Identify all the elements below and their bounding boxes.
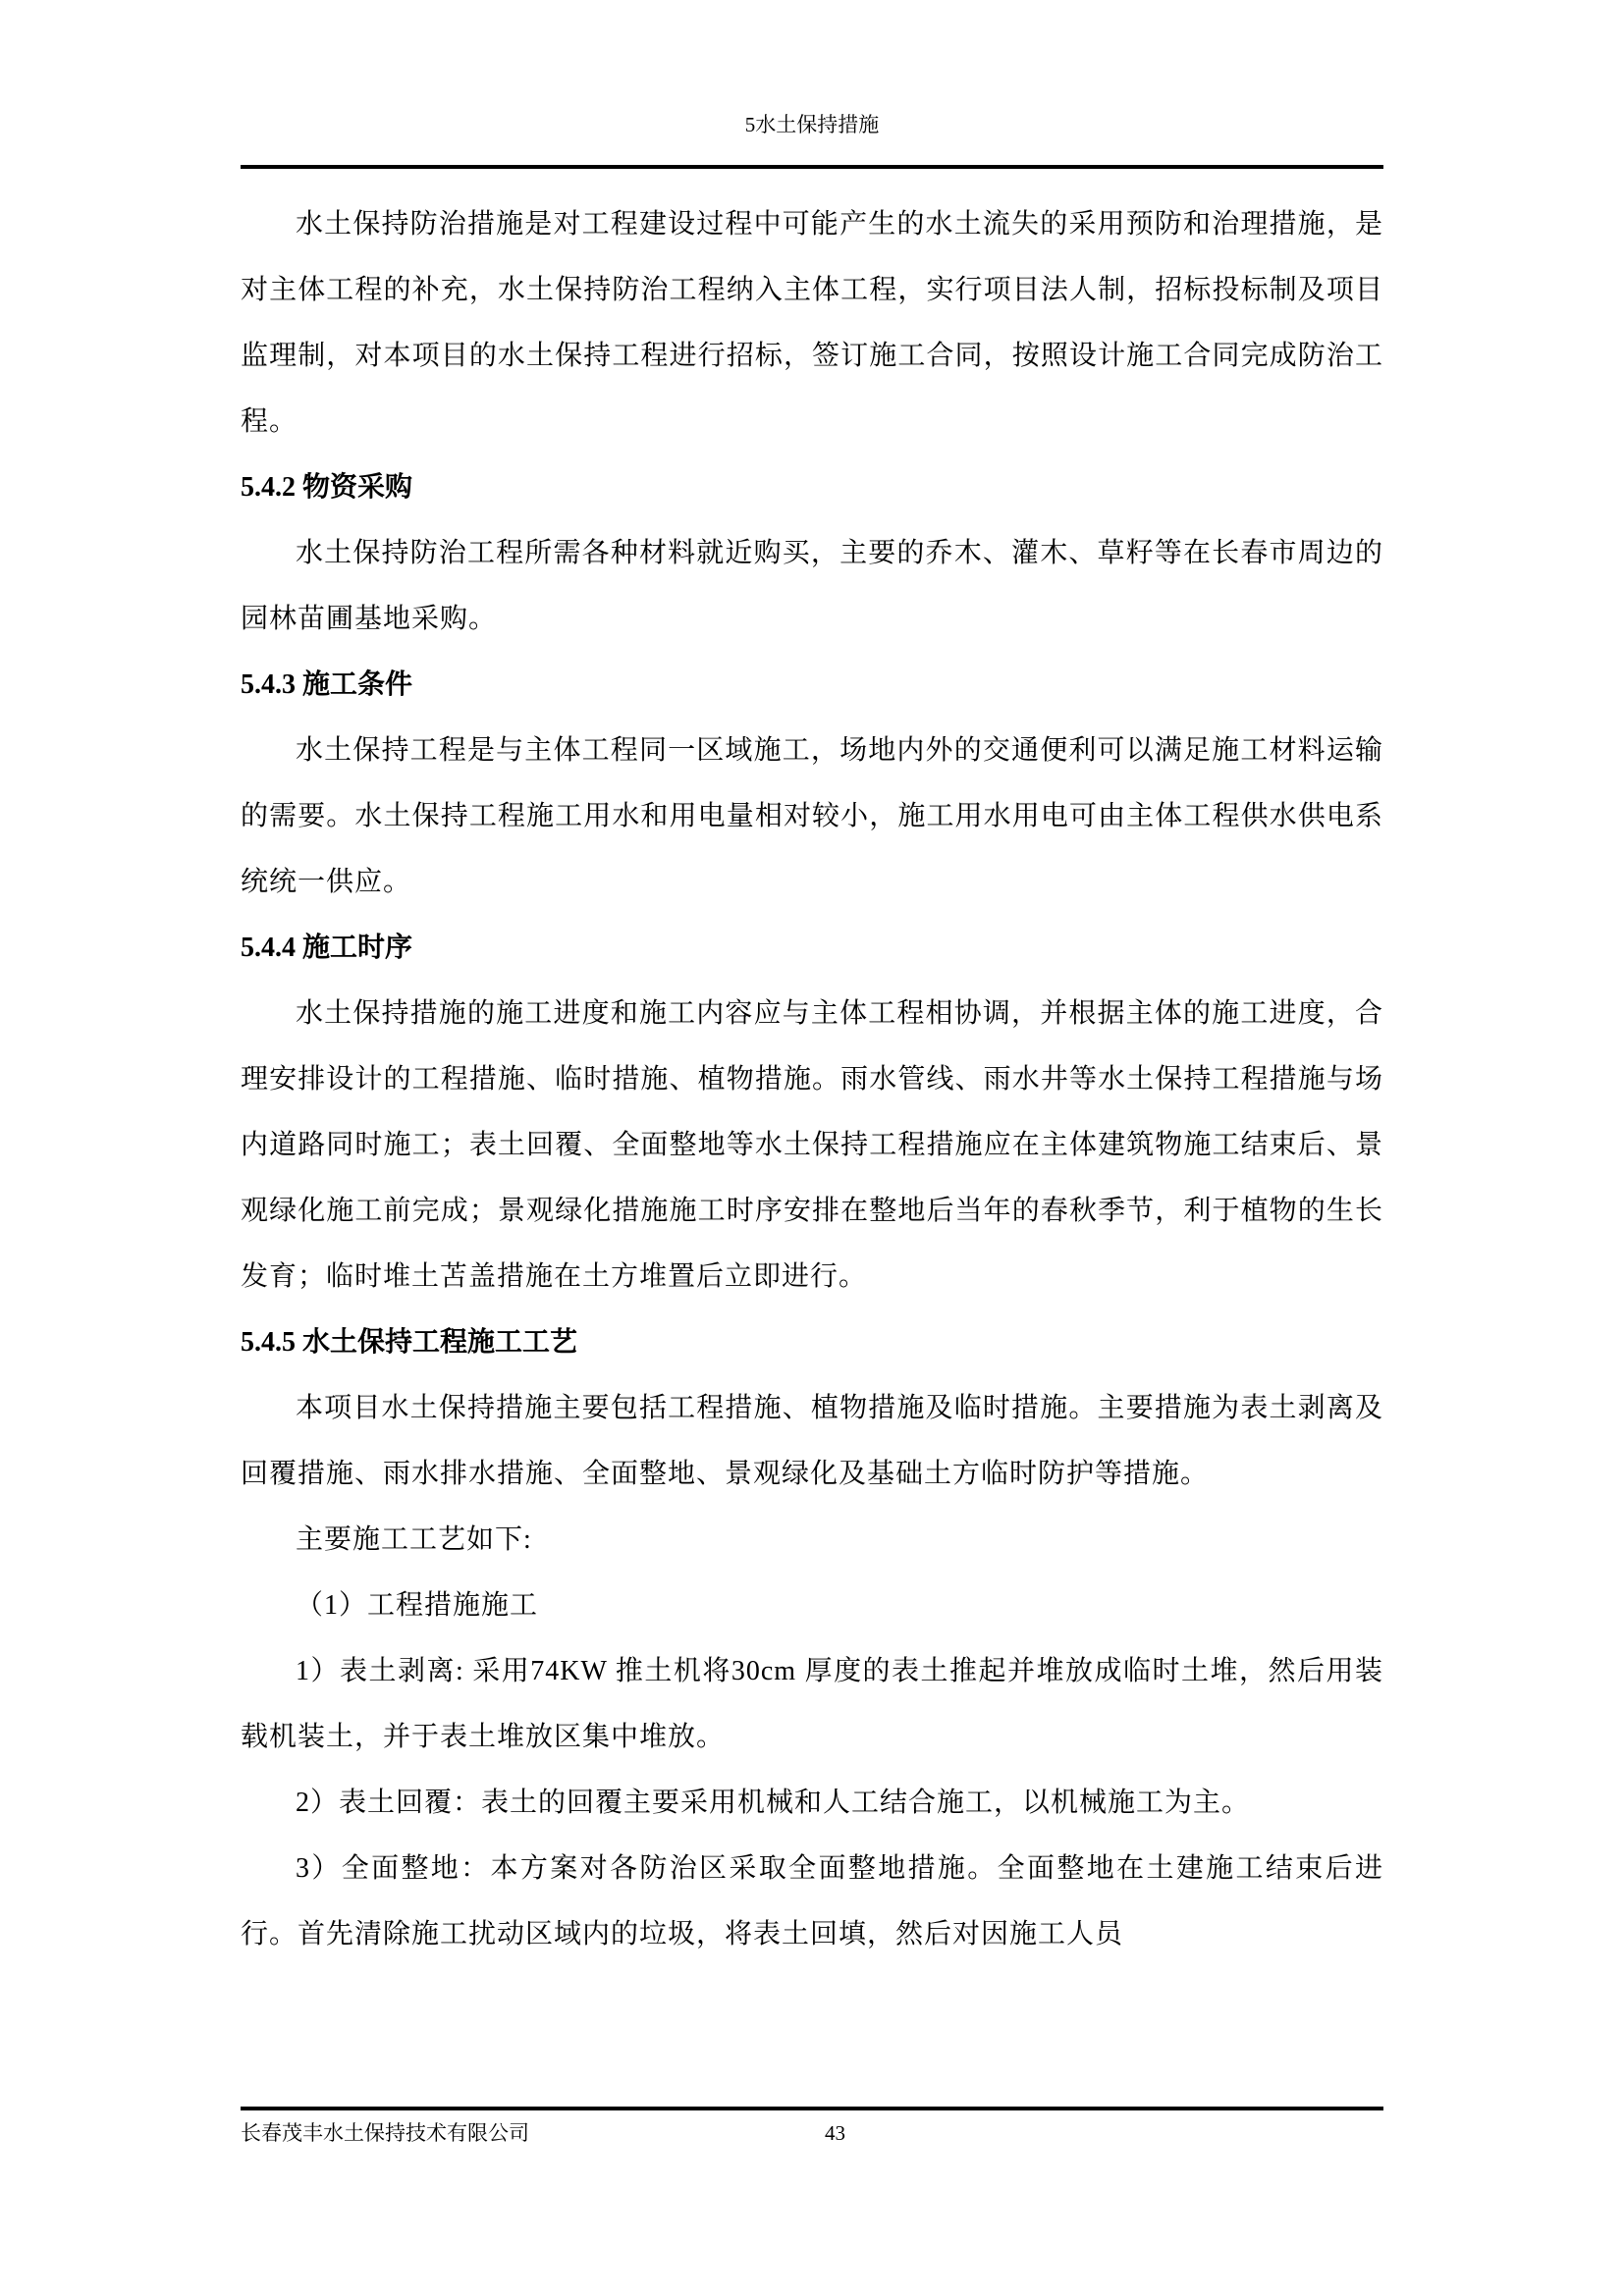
- footer-company-name: 长春茂丰水土保持技术有限公司: [241, 2118, 529, 2148]
- list-item-topsoil-stripping: 1）表土剥离: 采用74KW 推土机将30cm 厚度的表土推起并堆放成临时土堆，…: [241, 1638, 1383, 1770]
- section-heading-5-4-4: 5.4.4 施工时序: [241, 915, 1383, 981]
- paragraph: 本项目水土保持措施主要包括工程措施、植物措施及临时措施。主要措施为表土剥离及回覆…: [241, 1375, 1383, 1507]
- document-page: 5水土保持措施 水土保持防治措施是对工程建设过程中可能产生的水土流失的采用预防和…: [0, 0, 1624, 2296]
- page-number: 43: [825, 2118, 845, 2148]
- section-heading-5-4-2: 5.4.2 物资采购: [241, 454, 1383, 520]
- paragraph: 水土保持措施的施工进度和施工内容应与主体工程相协调，并根据主体的施工进度，合理安…: [241, 981, 1383, 1309]
- subheading-engineering-measures: （1）工程措施施工: [241, 1573, 1383, 1638]
- list-item-topsoil-backfill: 2）表土回覆：表土的回覆主要采用机械和人工结合施工，以机械施工为主。: [241, 1770, 1383, 1836]
- page-content: 水土保持防治措施是对工程建设过程中可能产生的水土流失的采用预防和治理措施，是对主…: [241, 191, 1383, 1967]
- running-header: 5水土保持措施: [241, 110, 1383, 139]
- paragraph-intro-list: 主要施工工艺如下:: [241, 1507, 1383, 1573]
- footer-rule: [241, 2107, 1383, 2110]
- section-heading-5-4-3: 5.4.3 施工条件: [241, 652, 1383, 718]
- paragraph: 水土保持防治工程所需各种材料就近购买，主要的乔木、灌木、草籽等在长春市周边的园林…: [241, 520, 1383, 652]
- intro-paragraph: 水土保持防治措施是对工程建设过程中可能产生的水土流失的采用预防和治理措施，是对主…: [241, 191, 1383, 454]
- section-heading-5-4-5: 5.4.5 水土保持工程施工工艺: [241, 1309, 1383, 1375]
- header-rule: [241, 165, 1383, 169]
- list-item-land-leveling: 3）全面整地：本方案对各防治区采取全面整地措施。全面整地在土建施工结束后进行。首…: [241, 1836, 1383, 1967]
- paragraph: 水土保持工程是与主体工程同一区域施工，场地内外的交通便利可以满足施工材料运输的需…: [241, 718, 1383, 915]
